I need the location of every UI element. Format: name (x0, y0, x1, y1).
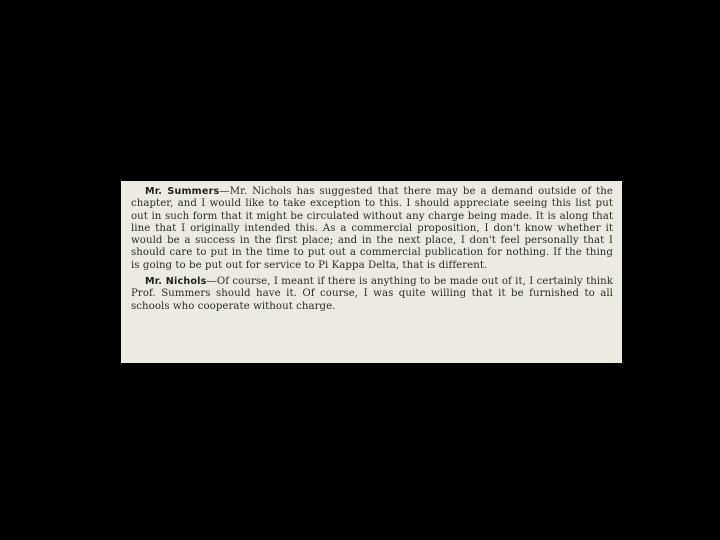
speaker-name: Mr. Nichols (145, 276, 207, 287)
em-dash-separator: — (219, 186, 229, 197)
em-dash-separator: — (207, 276, 217, 287)
black-backdrop: Mr. Summers—Mr. Nichols has suggested th… (0, 0, 720, 540)
speaker-name: Mr. Summers (145, 186, 219, 197)
paragraph-summers: Mr. Summers—Mr. Nichols has suggested th… (131, 186, 613, 272)
printed-transcript-clipping: Mr. Summers—Mr. Nichols has suggested th… (121, 181, 622, 363)
speech-text: Mr. Nichols has suggested that there may… (131, 186, 613, 271)
paragraph-nichols: Mr. Nichols—Of course, I meant if there … (131, 276, 613, 313)
